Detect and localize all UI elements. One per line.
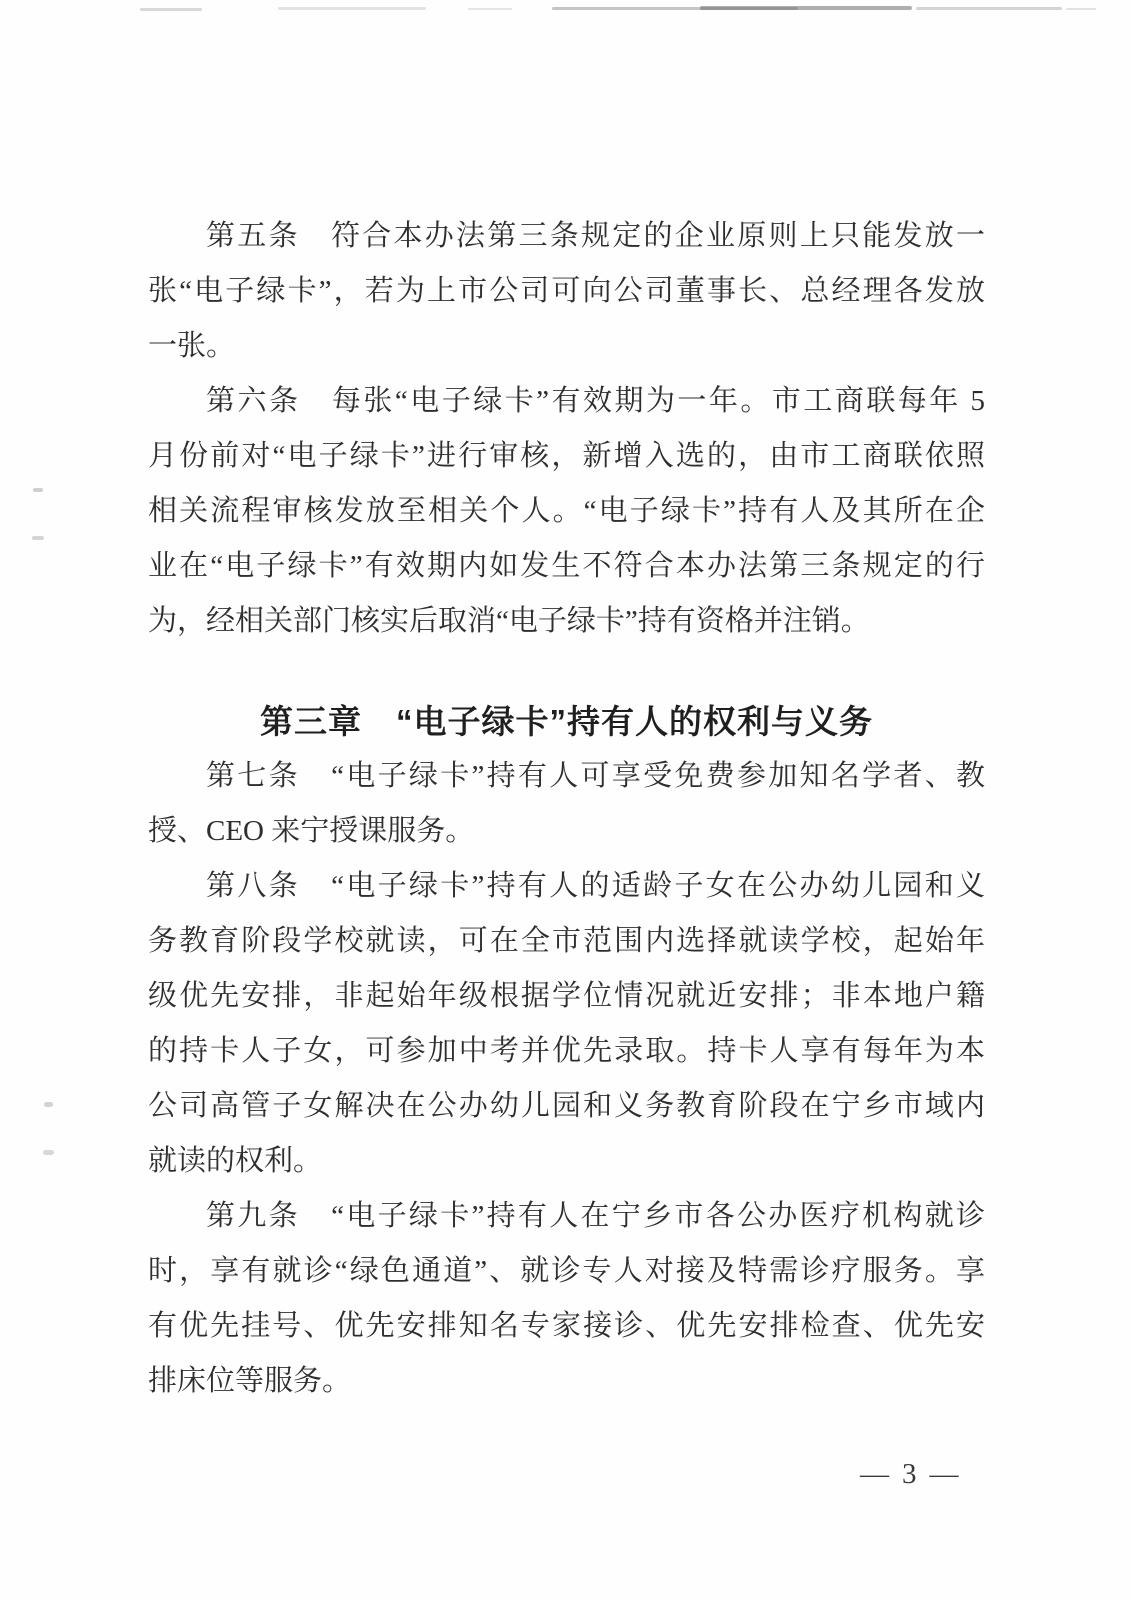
scan-artifact-top-smudge <box>278 7 426 10</box>
article-8-line: 的持卡人子女，可参加中考并优先录取。持卡人享有每年为本 <box>148 1024 985 1079</box>
article-9-line: 时，享有就诊“绿色通道”、就诊专人对接及特需诊疗服务。享 <box>148 1244 985 1299</box>
page-number-dash-left: — <box>860 1458 889 1491</box>
scan-artifact-top-smudge <box>700 6 912 10</box>
article-5-line: 一张。 <box>148 319 985 374</box>
article-9-line: 第九条 “电子绿卡”持有人在宁乡市各公办医疗机构就诊 <box>148 1189 985 1244</box>
article-8-line: 务教育阶段学校就读，可在全市范围内选择就读学校，起始年 <box>148 914 985 969</box>
article-9-line: 有优先挂号、优先安排知名专家接诊、优先安排检查、优先安 <box>148 1299 985 1354</box>
article-7-line: 授、CEO 来宁授课服务。 <box>148 804 985 859</box>
article-6-line: 为，经相关部门核实后取消“电子绿卡”持有资格并注销。 <box>148 594 985 649</box>
page-number: 3 <box>902 1458 917 1491</box>
article-8-line: 就读的权利。 <box>148 1134 985 1189</box>
article-8-line: 级优先安排，非起始年级根据学位情况就近安排；非本地户籍 <box>148 969 985 1024</box>
article-5-line: 张“电子绿卡”，若为上市公司可向公司董事长、总经理各发放 <box>148 264 985 319</box>
article-5-line: 第五条 符合本办法第三条规定的企业原则上只能发放一 <box>148 209 985 264</box>
scan-artifact-top-smudge <box>1066 8 1096 10</box>
document-body: 第五条 符合本办法第三条规定的企业原则上只能发放一张“电子绿卡”，若为上市公司可… <box>148 209 985 1409</box>
article-6-line: 第六条 每张“电子绿卡”有效期为一年。市工商联每年 5 <box>148 374 985 429</box>
page-footer: — 3 — <box>860 1458 959 1491</box>
scan-artifact-margin-speck <box>33 488 43 492</box>
chapter-3-heading: 第三章 “电子绿卡”持有人的权利与义务 <box>148 694 985 749</box>
page-number-dash-right: — <box>930 1458 959 1491</box>
scan-artifact-top-smudge <box>552 7 798 10</box>
article-6-line: 业在“电子绿卡”有效期内如发生不符合本办法第三条规定的行 <box>148 539 985 594</box>
scan-artifact-margin-speck <box>43 1150 54 1155</box>
article-9-line: 排床位等服务。 <box>148 1354 985 1409</box>
article-8-line: 第八条 “电子绿卡”持有人的适龄子女在公办幼儿园和义 <box>148 859 985 914</box>
scan-artifact-top-smudge <box>140 8 202 11</box>
article-6-line: 月份前对“电子绿卡”进行审核，新增入选的，由市工商联依照 <box>148 429 985 484</box>
document-page: 第五条 符合本办法第三条规定的企业原则上只能发放一张“电子绿卡”，若为上市公司可… <box>0 0 1131 1600</box>
scan-artifact-margin-speck <box>32 536 44 540</box>
article-7-line: 第七条 “电子绿卡”持有人可享受免费参加知名学者、教 <box>148 749 985 804</box>
scan-artifact-top-smudge <box>468 8 512 10</box>
article-6-line: 相关流程审核发放至相关个人。“电子绿卡”持有人及其所在企 <box>148 484 985 539</box>
scan-artifact-margin-speck <box>44 1102 53 1107</box>
article-8-line: 公司高管子女解决在公办幼儿园和义务教育阶段在宁乡市域内 <box>148 1079 985 1134</box>
scan-artifact-top-smudge <box>916 7 1062 10</box>
